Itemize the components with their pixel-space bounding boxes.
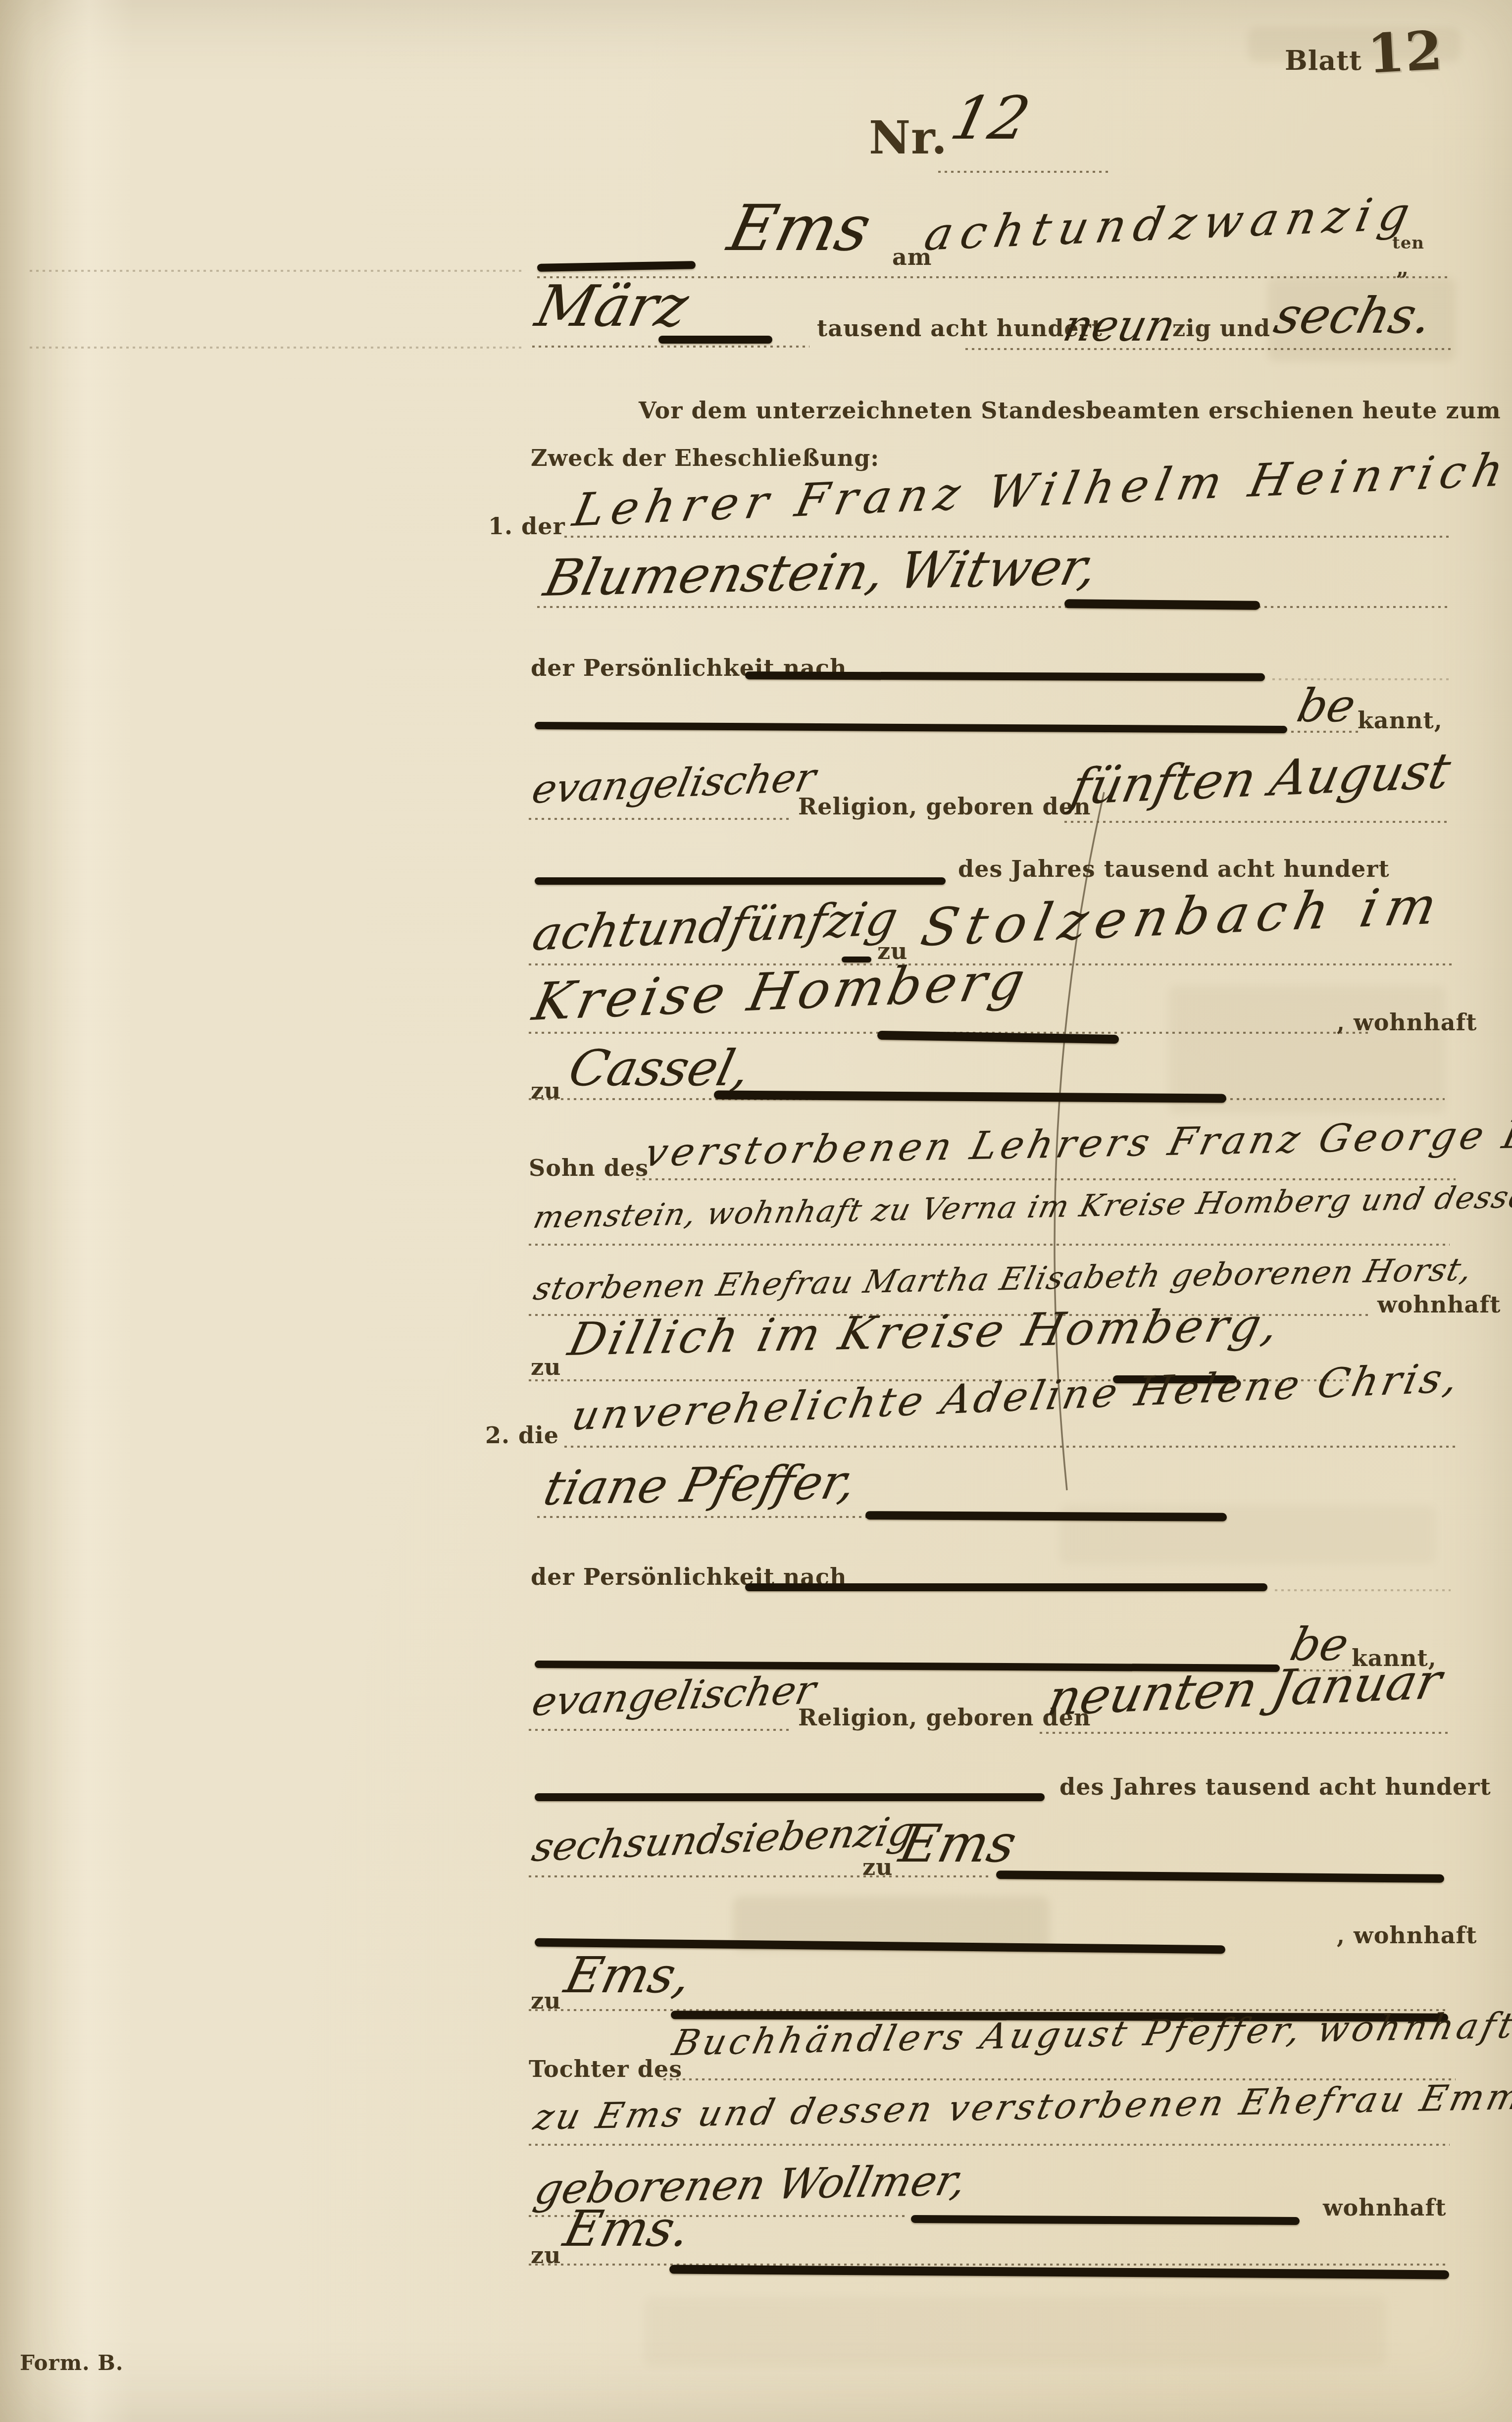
bride-birth-day-hw: neunten Januar (1044, 1657, 1446, 1723)
bride-wohnhaft-label: , wohnhaft (1337, 1924, 1477, 1947)
bride-name-hw-2: tiane Pfeffer, (540, 1458, 860, 1512)
intro-line-2: Zweck der Eheschließung: (531, 447, 879, 469)
ink-filler-rule (537, 261, 696, 272)
groom-birth-year-hw: achtundfünfzig (529, 895, 902, 958)
groom-lineage-label: Sohn des (529, 1157, 649, 1179)
day-suffix-label: ten (1392, 235, 1424, 252)
bride-index-label: 2. die (485, 1424, 559, 1447)
record-number-value: 12 (946, 89, 1035, 149)
groom-lineage-wohnhaft-label: wohnhaft (1377, 1293, 1501, 1316)
bride-birth-year-hw: sechsundsiebenzig (529, 1812, 918, 1867)
entry-guide-line (564, 536, 1451, 538)
month-entry-hw: März (531, 278, 693, 335)
groom-year-label: des Jahres tausend acht hundert (958, 858, 1390, 880)
entry-guide-line (1064, 821, 1451, 823)
entry-guide-line (529, 1875, 989, 1877)
bride-lineage-hw-2: zu Ems und dessen verstorbenen Ehefrau E… (531, 2078, 1512, 2135)
bride-lineage-residence-hw: Ems. (559, 2204, 695, 2254)
year-entry-hw-1: neun (1059, 304, 1179, 348)
bride-lineage-wohnhaft-label: wohnhaft (1323, 2196, 1446, 2219)
entry-guide-line (564, 1446, 1456, 1448)
year-entry-hw-2: sechs. (1270, 291, 1437, 341)
entry-guide-line (965, 348, 1451, 350)
ink-filler-rule (865, 1511, 1227, 1521)
groom-lineage-zu-label: zu (531, 1356, 561, 1378)
groom-religion-label: Religion, geboren den (798, 795, 1091, 818)
year-printed-1: tausend acht hundert (817, 317, 1103, 340)
paper-streak (45, 0, 134, 2422)
day-suffix-marks: „ (1396, 257, 1409, 279)
bleedthrough-ghost (644, 2297, 1386, 2367)
blatt-label: Blatt (1285, 47, 1362, 74)
faint-guide-line (30, 347, 525, 349)
entry-guide-line (636, 1178, 1456, 1180)
entry-guide-line (1040, 1732, 1451, 1734)
bride-birth-place-hw: Ems (895, 1818, 1021, 1870)
ink-filler-rule (1064, 599, 1260, 609)
entry-guide-line (529, 1244, 1450, 1246)
ink-filler-rule (535, 877, 946, 885)
sheet-number-stamp: 12 (1366, 24, 1444, 81)
entry-guide-line (1272, 678, 1451, 680)
ink-filler-rule (658, 336, 772, 344)
entry-guide-line (532, 346, 809, 348)
ink-filler-rule (745, 1583, 1267, 1591)
entry-guide-line (529, 2264, 1447, 2266)
entry-guide-line (529, 1729, 791, 1731)
entry-guide-line (529, 2144, 1450, 2146)
groom-known-label: kannt, (1358, 709, 1443, 732)
groom-name-hw-2: Blumenstein, Witwer, (540, 542, 1102, 604)
bride-residence-hw: Ems, (560, 1951, 696, 2000)
year-printed-2: zig und (1172, 317, 1270, 340)
groom-index-label: 1. der (488, 515, 565, 538)
ink-filler-rule (911, 2215, 1300, 2225)
form-label: Form. B. (20, 2353, 123, 2373)
ink-filler-rule (535, 1793, 1045, 1801)
groom-wohnhaft-label: , wohnhaft (1337, 1011, 1477, 1034)
intro-line-1: Vor dem unterzeichneten Standesbeamten e… (639, 399, 1453, 422)
entry-guide-line (529, 818, 791, 820)
day-entry-hw: achtundzwanzig (921, 191, 1421, 257)
entry-guide-line (537, 606, 1451, 608)
groom-lineage-hw-1: verstorbenen Lehrers Franz George Blu, (641, 1114, 1512, 1172)
groom-religion-hw: evangelischer (529, 757, 819, 809)
groom-known-hw: be (1293, 683, 1360, 729)
place-entry-hw: Ems (723, 197, 876, 260)
bride-lineage-label: Tochter des (529, 2058, 682, 2080)
faint-guide-line (30, 270, 525, 272)
groom-lineage-hw-3: storbenen Ehefrau Martha Elisabeth gebor… (531, 1254, 1476, 1305)
ink-filler-rule (996, 1870, 1444, 1883)
record-number-label: Nr. (869, 115, 948, 160)
groom-residence-hw: Cassel, (564, 1044, 755, 1093)
ink-filler-rule (669, 2265, 1449, 2279)
registry-page-scan: Blatt 12 Nr. 12 Ems am achtundzwanzig te… (0, 0, 1512, 2422)
entry-guide-line (1291, 731, 1361, 733)
bride-year-label: des Jahres tausend acht hundert (1059, 1775, 1491, 1798)
groom-birth-day-hw: fünften August (1067, 746, 1455, 812)
ink-filler-rule (535, 722, 1287, 733)
record-number-line (938, 171, 1111, 173)
entry-guide-line (1275, 1589, 1451, 1591)
bride-religion-hw: evangelischer (529, 1670, 819, 1722)
